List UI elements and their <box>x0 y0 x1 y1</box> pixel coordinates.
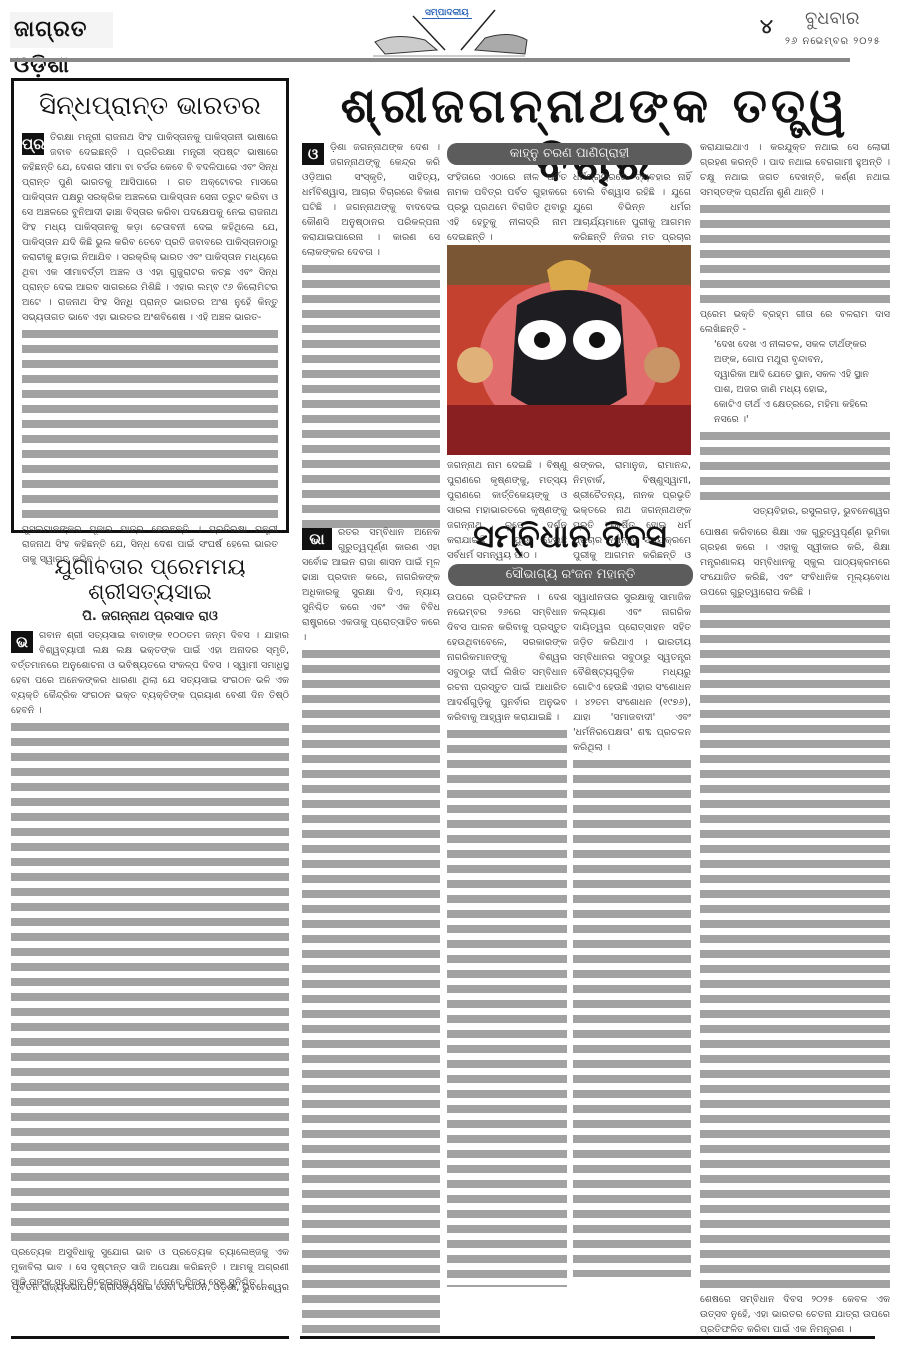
jagannath-col-4: କରାଯାଇଥାଏ । କରଯୁକ୍ତ ନଥାଇ ସେ ଲୋଭୀ ଗ୍ରହଣ କ… <box>700 140 890 519</box>
section-label: ସମ୍ପାଦକୀୟ <box>422 8 472 19</box>
constitution-closing: ଶେଷରେ ସମ୍ବିଧାନ ଦିବସ ୨୦୨୫ କେବଳ ଏକ ଉତ୍ସବ ନ… <box>700 1292 890 1337</box>
editorial-title: ସିନ୍ଧପ୍ରାନ୍ତ ଭାରତର <box>22 91 278 122</box>
editorial-logo: ସମ୍ପାଦକୀୟ <box>365 2 535 60</box>
quote-intro: ପ୍ରେମ ଭକ୍ତି ବ୍ରହ୍ମ ଗୀତା ରେ ବଳରାମ ଦାସ ଲେଖ… <box>700 307 890 337</box>
day-label: ବୁଧବାର <box>805 8 860 29</box>
constitution-col-1: ଭା ରତର ସମ୍ବିଧାନ ଅନେକ ଗୁରୁତ୍ୱପୂର୍ଣ୍ଣ କାରଣ… <box>302 525 440 1337</box>
article-body-text <box>11 720 289 1245</box>
bottom-rule-left <box>11 1336 289 1339</box>
jagannath-col-2: ସଂହିତାରେ ଏଠାରେ ନୀଳ ପର୍ବତ ନାମକ ପବିତ୍ର ପର୍… <box>447 170 567 245</box>
headline-constitution: ସମ୍ବିଧାନ ଦିବସ <box>450 517 690 556</box>
dropcap: ଓ <box>302 143 324 165</box>
constitution-col-3: ସ୍ୱାଧୀନତାର ସୁରକ୍ଷାକୁ ସାମାଜିକ କଲ୍ୟାଣ ଏବଂ … <box>573 590 691 1277</box>
article-title: ଯୁଗାବତାର ପ୍ରେମମୟ ଶ୍ରୀସତ୍ୟସାଇ <box>11 555 289 605</box>
dropcap: ଭା <box>302 528 332 550</box>
jagannath-col-1: ଓ ଡ଼ିଶା ଜଗନ୍ନାଥଙ୍କ ଦେଶ । ଜଗନ୍ନାଥଙ୍କୁ କେନ… <box>302 140 440 532</box>
author-pill-constitution: ସୌଭାଗ୍ୟ ରଂଜନ ମହାନ୍ତି <box>448 564 693 586</box>
constitution-col-4: ପୋଷଣ କରିବାରେ ଶିକ୍ଷା ଏକ ଗୁରୁତ୍ୱପୂର୍ଣ୍ଣ ଭୂ… <box>700 525 890 1337</box>
page-number: ୪ <box>760 14 773 38</box>
article-closing: ପ୍ରତ୍ୟେକ ଅସୁବିଧାକୁ ସୁଯୋଗ ଭାବ ଓ ପ୍ରତ୍ୟେକ … <box>11 1245 289 1290</box>
editorial-body-text <box>22 327 278 522</box>
dropcap: ପ୍ର <box>22 133 44 155</box>
author-pill-jagannath: କାହ୍ନୁ ଚରଣ ପାଣିଗ୍ରାହୀ <box>447 143 692 165</box>
dropcap: ଭ <box>11 631 33 653</box>
bottom-rule-right <box>300 1336 875 1339</box>
editorial-lead: ପ୍ର ତିରକ୍ଷା ମନ୍ତ୍ରୀ ରାଜନାଥ ସିଂହ ପାକିସ୍ତା… <box>22 130 278 325</box>
article-lead: ଭ ଗବାନ ଶ୍ରୀ ସତ୍ୟସାଇ ବାବାଙ୍କ ୧୦୦ତମ ଜନ୍ମ ଦ… <box>11 628 289 718</box>
jagannath-signature: ସତ୍ୟବିହାର, ରସୁଲଗଡ଼, ଭୁବନେଶ୍ୱର <box>700 504 890 519</box>
poem: 'ଦେଖ ଦେଖ ଏ ନୀଳାଚଳ, ସକଳ ତୀର୍ଥଙ୍କର ଅଙ୍କ, ଗ… <box>700 337 890 427</box>
article-byline: ପି. ଜଗନ୍ନାଥ ପ୍ରସାଦ ରାଓ <box>11 609 289 624</box>
masthead-rule <box>10 58 850 62</box>
constitution-col-2: ଉପରେ ପ୍ରତିଫଳନ । ଦେଶ ନଭେମ୍ବର ୨୬ରେ ସମ୍ବିଧା… <box>447 590 567 1287</box>
article-sai: ଯୁଗାବତାର ପ୍ରେମମୟ ଶ୍ରୀସତ୍ୟସାଇ ପି. ଜଗନ୍ନାଥ… <box>11 555 289 1325</box>
date-label: ୨୬ ନଭେମ୍ବର ୨୦୨୫ <box>785 36 881 47</box>
jagannath-photo <box>447 245 691 455</box>
editorial-box: ସିନ୍ଧପ୍ରାନ୍ତ ଭାରତର ପ୍ର ତିରକ୍ଷା ମନ୍ତ୍ରୀ ର… <box>11 78 289 533</box>
newspaper-brand: ଜାଗ୍ରତ ଓଡ଼ିଶା <box>10 12 113 48</box>
masthead: ଜାଗ୍ରତ ଓଡ଼ିଶା ସମ୍ପାଦକୀୟ ୪ ବୁଧବାର ୨୬ ନଭେମ… <box>0 0 900 64</box>
jagannath-deity-image <box>447 245 691 455</box>
